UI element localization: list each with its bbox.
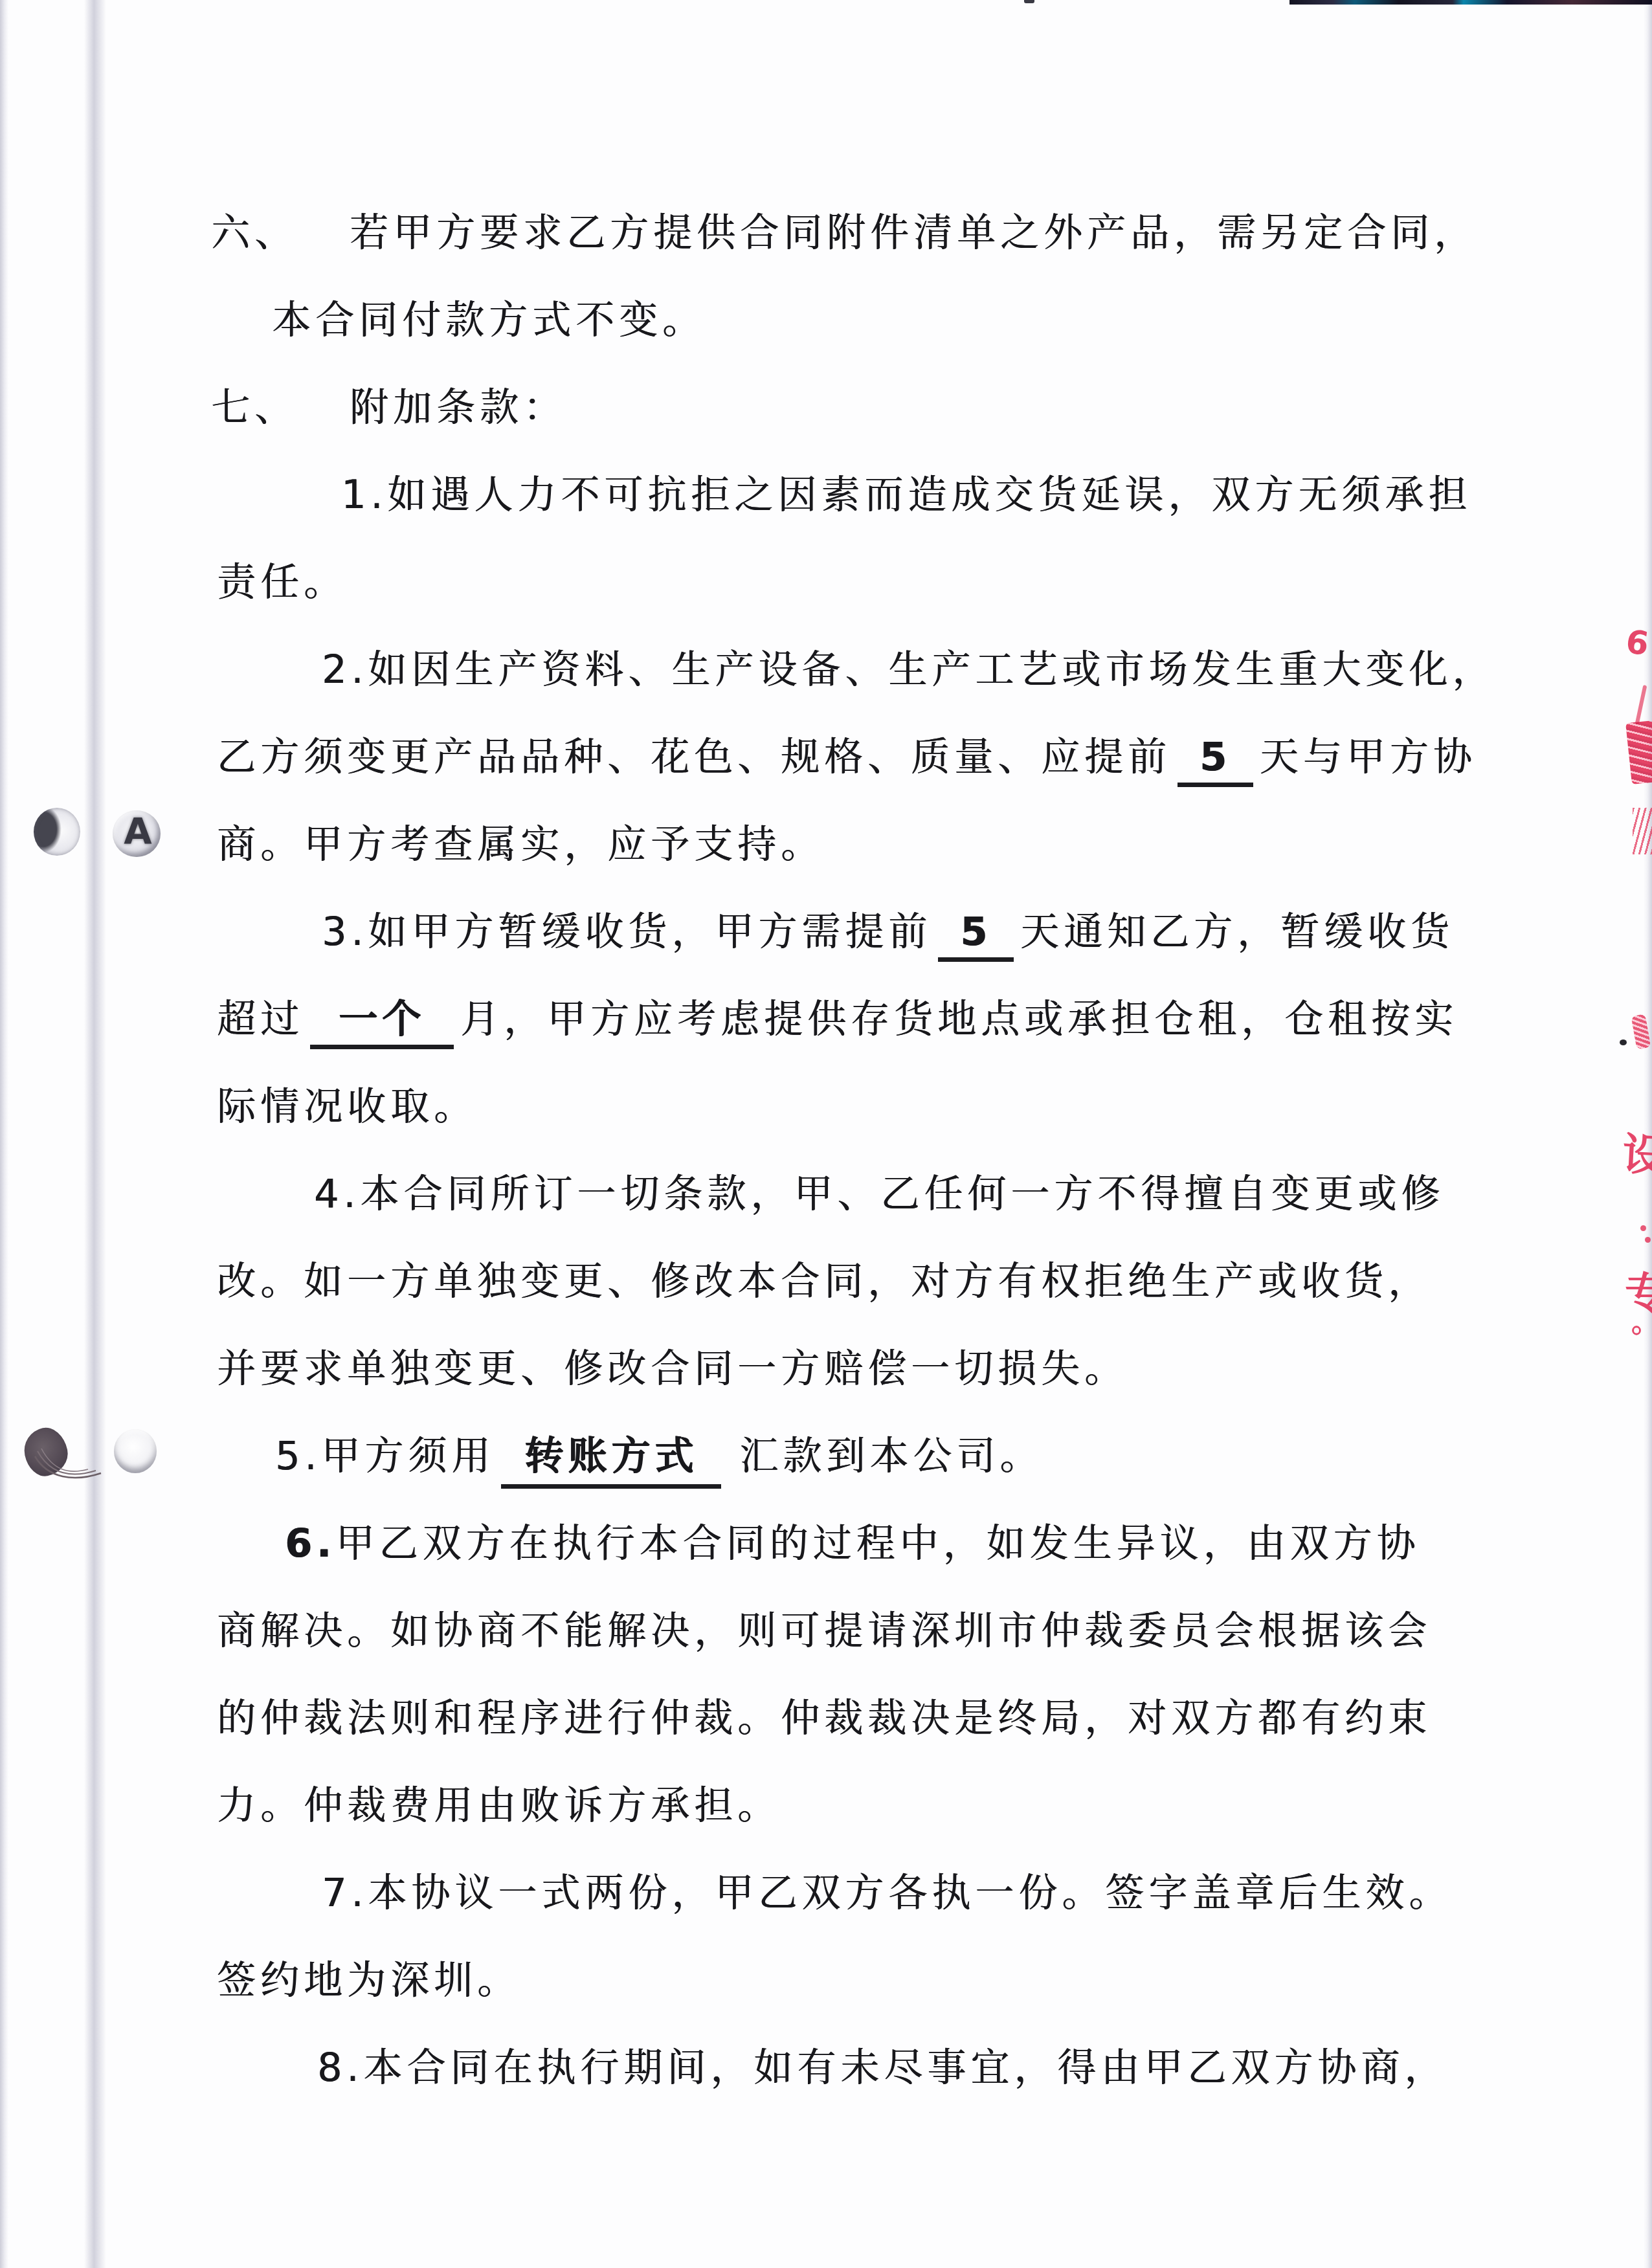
contract-line: 8.本合同在执行期间，如有未尽事宜，得由甲乙双方协商，	[317, 2037, 1447, 2093]
line-text: 力。仲裁费用由败诉方承担。	[217, 1783, 781, 1829]
line-text: 超过	[217, 997, 304, 1042]
contract-line: 改。如一方单独变更、修改本合同，对方有权拒绝生产或收货，	[217, 1251, 1431, 1306]
line-text: 3.如甲方暂缓收货，甲方需提前	[322, 909, 932, 955]
line-text: 际情况收取。	[217, 1084, 477, 1129]
section-marker: 六、	[211, 210, 298, 256]
line-text: 月，甲方应考虑提供存货地点或承担仓租，仓租按实	[460, 997, 1458, 1042]
binder-hole-with-letter: A	[113, 810, 161, 857]
page-edge-shadow	[84, 0, 106, 2268]
filled-blank: 一个	[310, 997, 454, 1049]
line-text: 4.本合同所订一切条款，甲、乙任何一方不得擅自变更或修	[314, 1172, 1444, 1217]
ink-dot-artifact	[1620, 1039, 1627, 1045]
line-text: 天通知乙方，暂缓收货	[1020, 909, 1454, 955]
contract-line: 力。仲裁费用由败诉方承担。	[217, 1775, 781, 1830]
red-ink-fragment	[1633, 808, 1652, 854]
red-ink-fragment	[1625, 720, 1652, 784]
line-text: 甲乙双方在执行本合同的过程中，如发生异议，由双方协	[336, 1521, 1420, 1566]
filled-blank: 5	[938, 909, 1014, 962]
line-text: 天与甲方协	[1260, 735, 1477, 780]
contract-line: 六、若甲方要求乙方提供合同附件清单之外产品，需另定合同，	[211, 202, 1477, 258]
contract-line: 的仲裁法则和程序进行仲裁。仲裁裁决是终局，对双方都有约束	[217, 1687, 1431, 1743]
line-text: 的仲裁法则和程序进行仲裁。仲裁裁决是终局，对双方都有约束	[217, 1696, 1431, 1741]
line-text: 5.甲方须用	[275, 1434, 495, 1479]
contract-line: 商。甲方考查属实，应予支持。	[217, 814, 824, 869]
red-ink-fragment	[1640, 1225, 1646, 1231]
scanner-edge-left	[0, 0, 8, 2268]
contract-line: 责任。	[217, 551, 347, 607]
contract-line: 6.甲乙双方在执行本合同的过程中，如发生异议，由双方协	[285, 1513, 1420, 1568]
binder-hole	[114, 1429, 157, 1473]
contract-line: 际情况收取。	[217, 1076, 477, 1131]
red-ink-fragment: 设	[1621, 1133, 1652, 1179]
contract-line: 签约地为深圳。	[217, 1950, 520, 2005]
line-text: 1.如遇人力不可抗拒之因素而造成交货延误，双方无须承担	[341, 472, 1471, 518]
line-text: 8.本合同在执行期间，如有未尽事宜，得由甲乙双方协商，	[317, 2045, 1447, 2091]
line-text: 若甲方要求乙方提供合同附件清单之外产品，需另定合同，	[350, 210, 1477, 256]
line-text: 本合同付款方式不变。	[272, 298, 706, 343]
line-text: 签约地为深圳。	[217, 1958, 520, 2003]
clause-number: 6.	[285, 1521, 336, 1566]
binder-hole	[34, 808, 80, 856]
contract-line: 乙方须变更产品品种、花色、规格、质量、应提前5天与甲方协	[217, 726, 1477, 782]
contract-line: 本合同付款方式不变。	[272, 289, 706, 345]
contract-line: 七、附加条款：	[211, 377, 566, 432]
filled-blank: 5	[1178, 735, 1253, 787]
scan-hair-artifact	[28, 1445, 106, 1490]
line-text: 改。如一方单独变更、修改本合同，对方有权拒绝生产或收货，	[217, 1259, 1431, 1304]
red-ink-fragment: 6	[1624, 625, 1651, 660]
red-ink-fragment: 。	[1631, 1309, 1652, 1337]
hole-show-through-letter: A	[124, 810, 151, 852]
contract-line: 4.本合同所订一切条款，甲、乙任何一方不得擅自变更或修	[314, 1163, 1444, 1219]
line-text: 并要求单独变更、修改合同一方赔偿一切损失。	[217, 1346, 1128, 1392]
filled-blank: 转账方式	[501, 1434, 721, 1489]
line-text: 商。甲方考查属实，应予支持。	[217, 822, 824, 867]
line-text: 责任。	[217, 560, 347, 605]
scan-noise-dot	[1024, 0, 1034, 3]
line-text: 7.本协议一式两份，甲乙双方各执一份。签字盖章后生效。	[322, 1871, 1452, 1916]
line-text: 汇款到本公司。	[739, 1434, 1043, 1479]
red-ink-fragment	[1645, 1237, 1651, 1243]
line-text: 附加条款：	[350, 385, 566, 430]
line-text: 2.如因生产资料、生产设备、生产工艺或市场发生重大变化，	[322, 647, 1495, 693]
scan-noise-strip	[1289, 0, 1652, 5]
contract-line: 7.本协议一式两份，甲乙双方各执一份。签字盖章后生效。	[322, 1862, 1452, 1918]
contract-line: 5.甲方须用转账方式汇款到本公司。	[275, 1425, 1043, 1481]
contract-line: 2.如因生产资料、生产设备、生产工艺或市场发生重大变化，	[322, 639, 1495, 695]
contract-line: 商解决。如协商不能解决，则可提请深圳市仲裁委员会根据该会	[217, 1600, 1431, 1656]
line-text: 商解决。如协商不能解决，则可提请深圳市仲裁委员会根据该会	[217, 1608, 1431, 1654]
contract-line: 3.如甲方暂缓收货，甲方需提前5天通知乙方，暂缓收货	[322, 901, 1454, 957]
scanned-document-page: A 6 设 专 。 六、若甲方要求乙方提供合同附件清单之外产品，需另定合同， 本…	[0, 0, 1652, 2268]
section-marker: 七、	[211, 385, 298, 430]
contract-line: 1.如遇人力不可抗拒之因素而造成交货延误，双方无须承担	[341, 464, 1471, 520]
contract-line: 超过一个月，甲方应考虑提供存货地点或承担仓租，仓租按实	[217, 988, 1458, 1044]
line-text: 乙方须变更产品品种、花色、规格、质量、应提前	[217, 735, 1171, 780]
contract-line: 并要求单独变更、修改合同一方赔偿一切损失。	[217, 1338, 1128, 1394]
